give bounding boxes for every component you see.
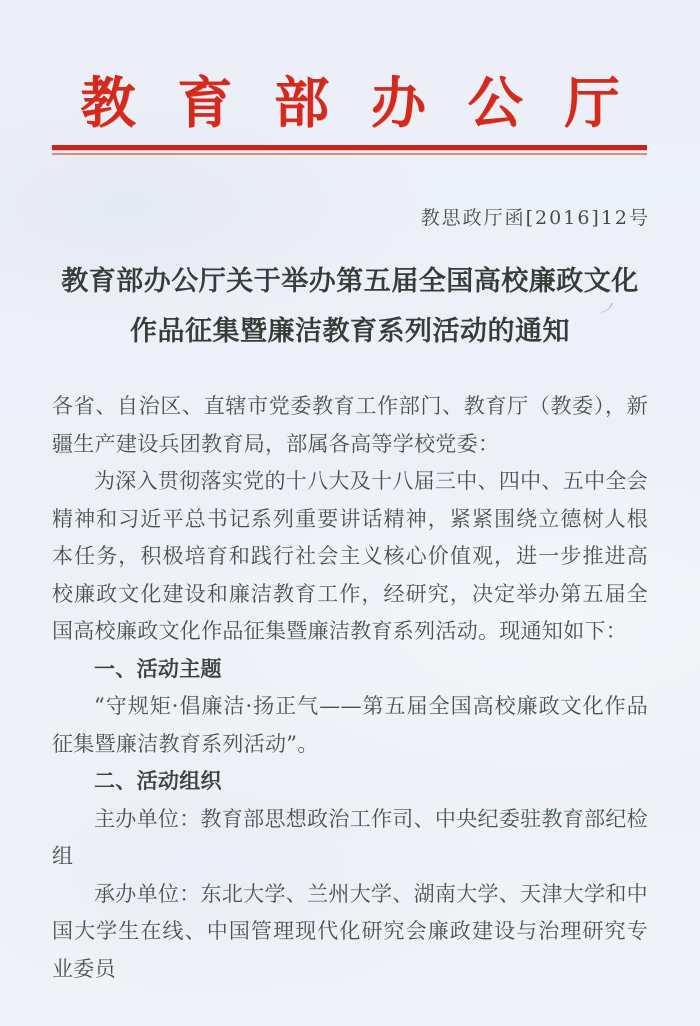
document-title-line-2: 作品征集暨廉洁教育系列活动的通知 (130, 316, 570, 347)
section-2-heading: 二、活动组织 (52, 763, 648, 801)
doc-number: 教思政厅函[2016]12号 (421, 203, 650, 230)
intro-paragraph: 为深入贯彻落实党的十八大及十八届三中、四中、五中全会精神和习近平总书记系列重要讲… (52, 463, 648, 651)
salutation-paragraph: 各省、自治区、直辖市党委教育工作部门、教育厅（教委），新疆生产建设兵团教育局，部… (52, 388, 648, 463)
organizer-paragraph: 主办单位：教育部思想政治工作司、中央纪委驻教育部纪检组 (52, 801, 648, 876)
activity-theme-paragraph: “守规矩·倡廉洁·扬正气——第五届全国高校廉政文化作品征集暨廉洁教育系列活动”。 (52, 688, 648, 763)
agency-title: 教育部办公厅 (0, 72, 700, 134)
document-title: 教育部办公厅关于举办第五届全国高校廉政文化 作品征集暨廉洁教育系列活动的通知 (0, 257, 700, 357)
section-1-heading: 一、活动主题 (52, 651, 648, 689)
document-page: 教育部办公厅 教思政厅函[2016]12号 教育部办公厅关于举办第五届全国高校廉… (0, 0, 700, 1026)
header-rule-thick (52, 145, 647, 150)
undertaker-paragraph: 承办单位：东北大学、兰州大学、湖南大学、天津大学和中国大学生在线、中国管理现代化… (52, 876, 648, 989)
document-title-line-1: 教育部办公厅关于举办第五届全国高校廉政文化 (61, 266, 639, 297)
header-rule-thin (52, 153, 647, 155)
document-body: 各省、自治区、直辖市党委教育工作部门、教育厅（教委），新疆生产建设兵团教育局，部… (52, 388, 648, 988)
